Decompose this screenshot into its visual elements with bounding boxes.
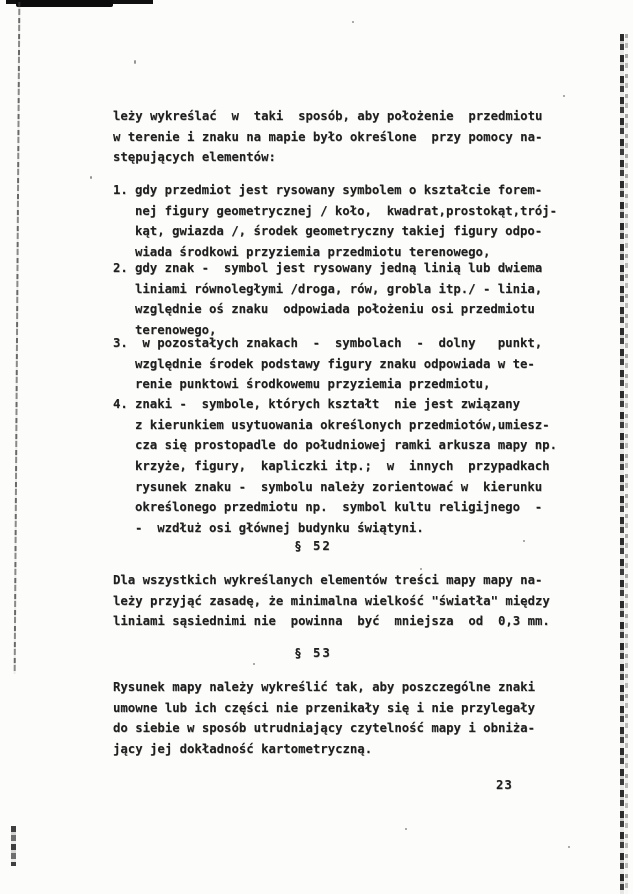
list-item-1: 1. gdy przedmiot jest rysowany symbolem … bbox=[113, 180, 557, 263]
section-52-paragraph: Dla wszystkich wykreślanych elementów tr… bbox=[113, 570, 550, 632]
list-item-text: gdy znak - symbol jest rysowany jedną li… bbox=[135, 258, 542, 341]
page-number: 23 bbox=[496, 775, 513, 796]
section-53-heading: § 53 bbox=[113, 643, 513, 664]
scan-artifact-left-margin-line bbox=[14, 2, 21, 674]
scan-speck bbox=[134, 60, 136, 64]
text-line: w pozostałych znakach - symbolach - doln… bbox=[135, 333, 542, 354]
list-item-marker: 3. bbox=[113, 333, 128, 354]
text-line: nej figury geometrycznej / koło, kwadrat… bbox=[135, 201, 557, 222]
text-line: gdy przedmiot jest rysowany symbolem o k… bbox=[135, 180, 557, 201]
section-52-heading: § 52 bbox=[113, 536, 513, 557]
scanned-document-page: leży wykreślać w taki sposób, aby położe… bbox=[0, 0, 633, 894]
text-line: cza się prostopadle do południowej ramki… bbox=[135, 435, 557, 456]
text-line: gdy znak - symbol jest rysowany jedną li… bbox=[135, 258, 542, 279]
text-line: krzyże, figury, kapliczki itp.; w innych… bbox=[135, 456, 557, 477]
text-line: jący jej dokładność kartometryczną. bbox=[113, 739, 535, 760]
text-line: stępujących elementów: bbox=[113, 147, 542, 168]
text-line: określonego przedmiotu np. symbol kultu … bbox=[135, 497, 557, 518]
text-line: liniami sąsiednimi nie powinna być mniej… bbox=[113, 611, 550, 632]
text-line: leży przyjąć zasadę, że minimalna wielko… bbox=[113, 591, 550, 612]
text-line: względnie środek podstawy figury znaku o… bbox=[135, 354, 542, 375]
scan-speck bbox=[523, 540, 525, 542]
text-line: Rysunek mapy należy wykreślić tak, aby p… bbox=[113, 677, 535, 698]
text-line: liniami równoległymi /droga, rów, grobla… bbox=[135, 279, 542, 300]
text-line: Dla wszystkich wykreślanych elementów tr… bbox=[113, 570, 550, 591]
scan-speck bbox=[405, 828, 407, 830]
list-item-3: 3. w pozostałych znakach - symbolach - d… bbox=[113, 333, 542, 395]
text-line: leży wykreślać w taki sposób, aby położe… bbox=[113, 106, 542, 127]
scan-speck bbox=[90, 176, 92, 179]
list-item-marker: 1. bbox=[113, 180, 128, 201]
text-line: w terenie i znaku na mapie było określon… bbox=[113, 127, 542, 148]
text-line: rysunek znaku - symbolu należy zorientow… bbox=[135, 477, 557, 498]
scan-artifact-top-bar-blob bbox=[16, 0, 113, 7]
list-item-text: znaki - symbole, których kształt nie jes… bbox=[135, 394, 557, 539]
scan-artifact-bottom-left-mark bbox=[11, 826, 16, 866]
scan-speck bbox=[352, 21, 354, 23]
text-line: umowne lub ich części nie przenikały się… bbox=[113, 698, 535, 719]
section-53-paragraph: Rysunek mapy należy wykreślić tak, aby p… bbox=[113, 677, 535, 760]
scan-speck bbox=[563, 95, 565, 97]
list-item-marker: 4. bbox=[113, 394, 128, 415]
text-line: kąt, gwiazda /, środek geometryczny taki… bbox=[135, 221, 557, 242]
scan-artifact-binding-edge bbox=[620, 34, 624, 894]
scan-artifact-binding-edge-outer bbox=[625, 34, 628, 894]
list-item-text: gdy przedmiot jest rysowany symbolem o k… bbox=[135, 180, 557, 263]
text-line: względnie oś znaku odpowiada położeniu o… bbox=[135, 299, 542, 320]
text-line: z kierunkiem usytuowania określonych prz… bbox=[135, 415, 557, 436]
scan-speck bbox=[568, 846, 570, 848]
text-line: do siebie w sposób utrudniający czytelno… bbox=[113, 718, 535, 739]
intro-paragraph: leży wykreślać w taki sposób, aby położe… bbox=[113, 106, 542, 168]
text-line: renie punktowi środkowemu przyziemia prz… bbox=[135, 374, 542, 395]
list-item-marker: 2. bbox=[113, 258, 128, 279]
list-item-text: w pozostałych znakach - symbolach - doln… bbox=[135, 333, 542, 395]
list-item-4: 4. znaki - symbole, których kształt nie … bbox=[113, 394, 557, 539]
text-line: znaki - symbole, których kształt nie jes… bbox=[135, 394, 557, 415]
list-item-2: 2. gdy znak - symbol jest rysowany jedną… bbox=[113, 258, 542, 341]
